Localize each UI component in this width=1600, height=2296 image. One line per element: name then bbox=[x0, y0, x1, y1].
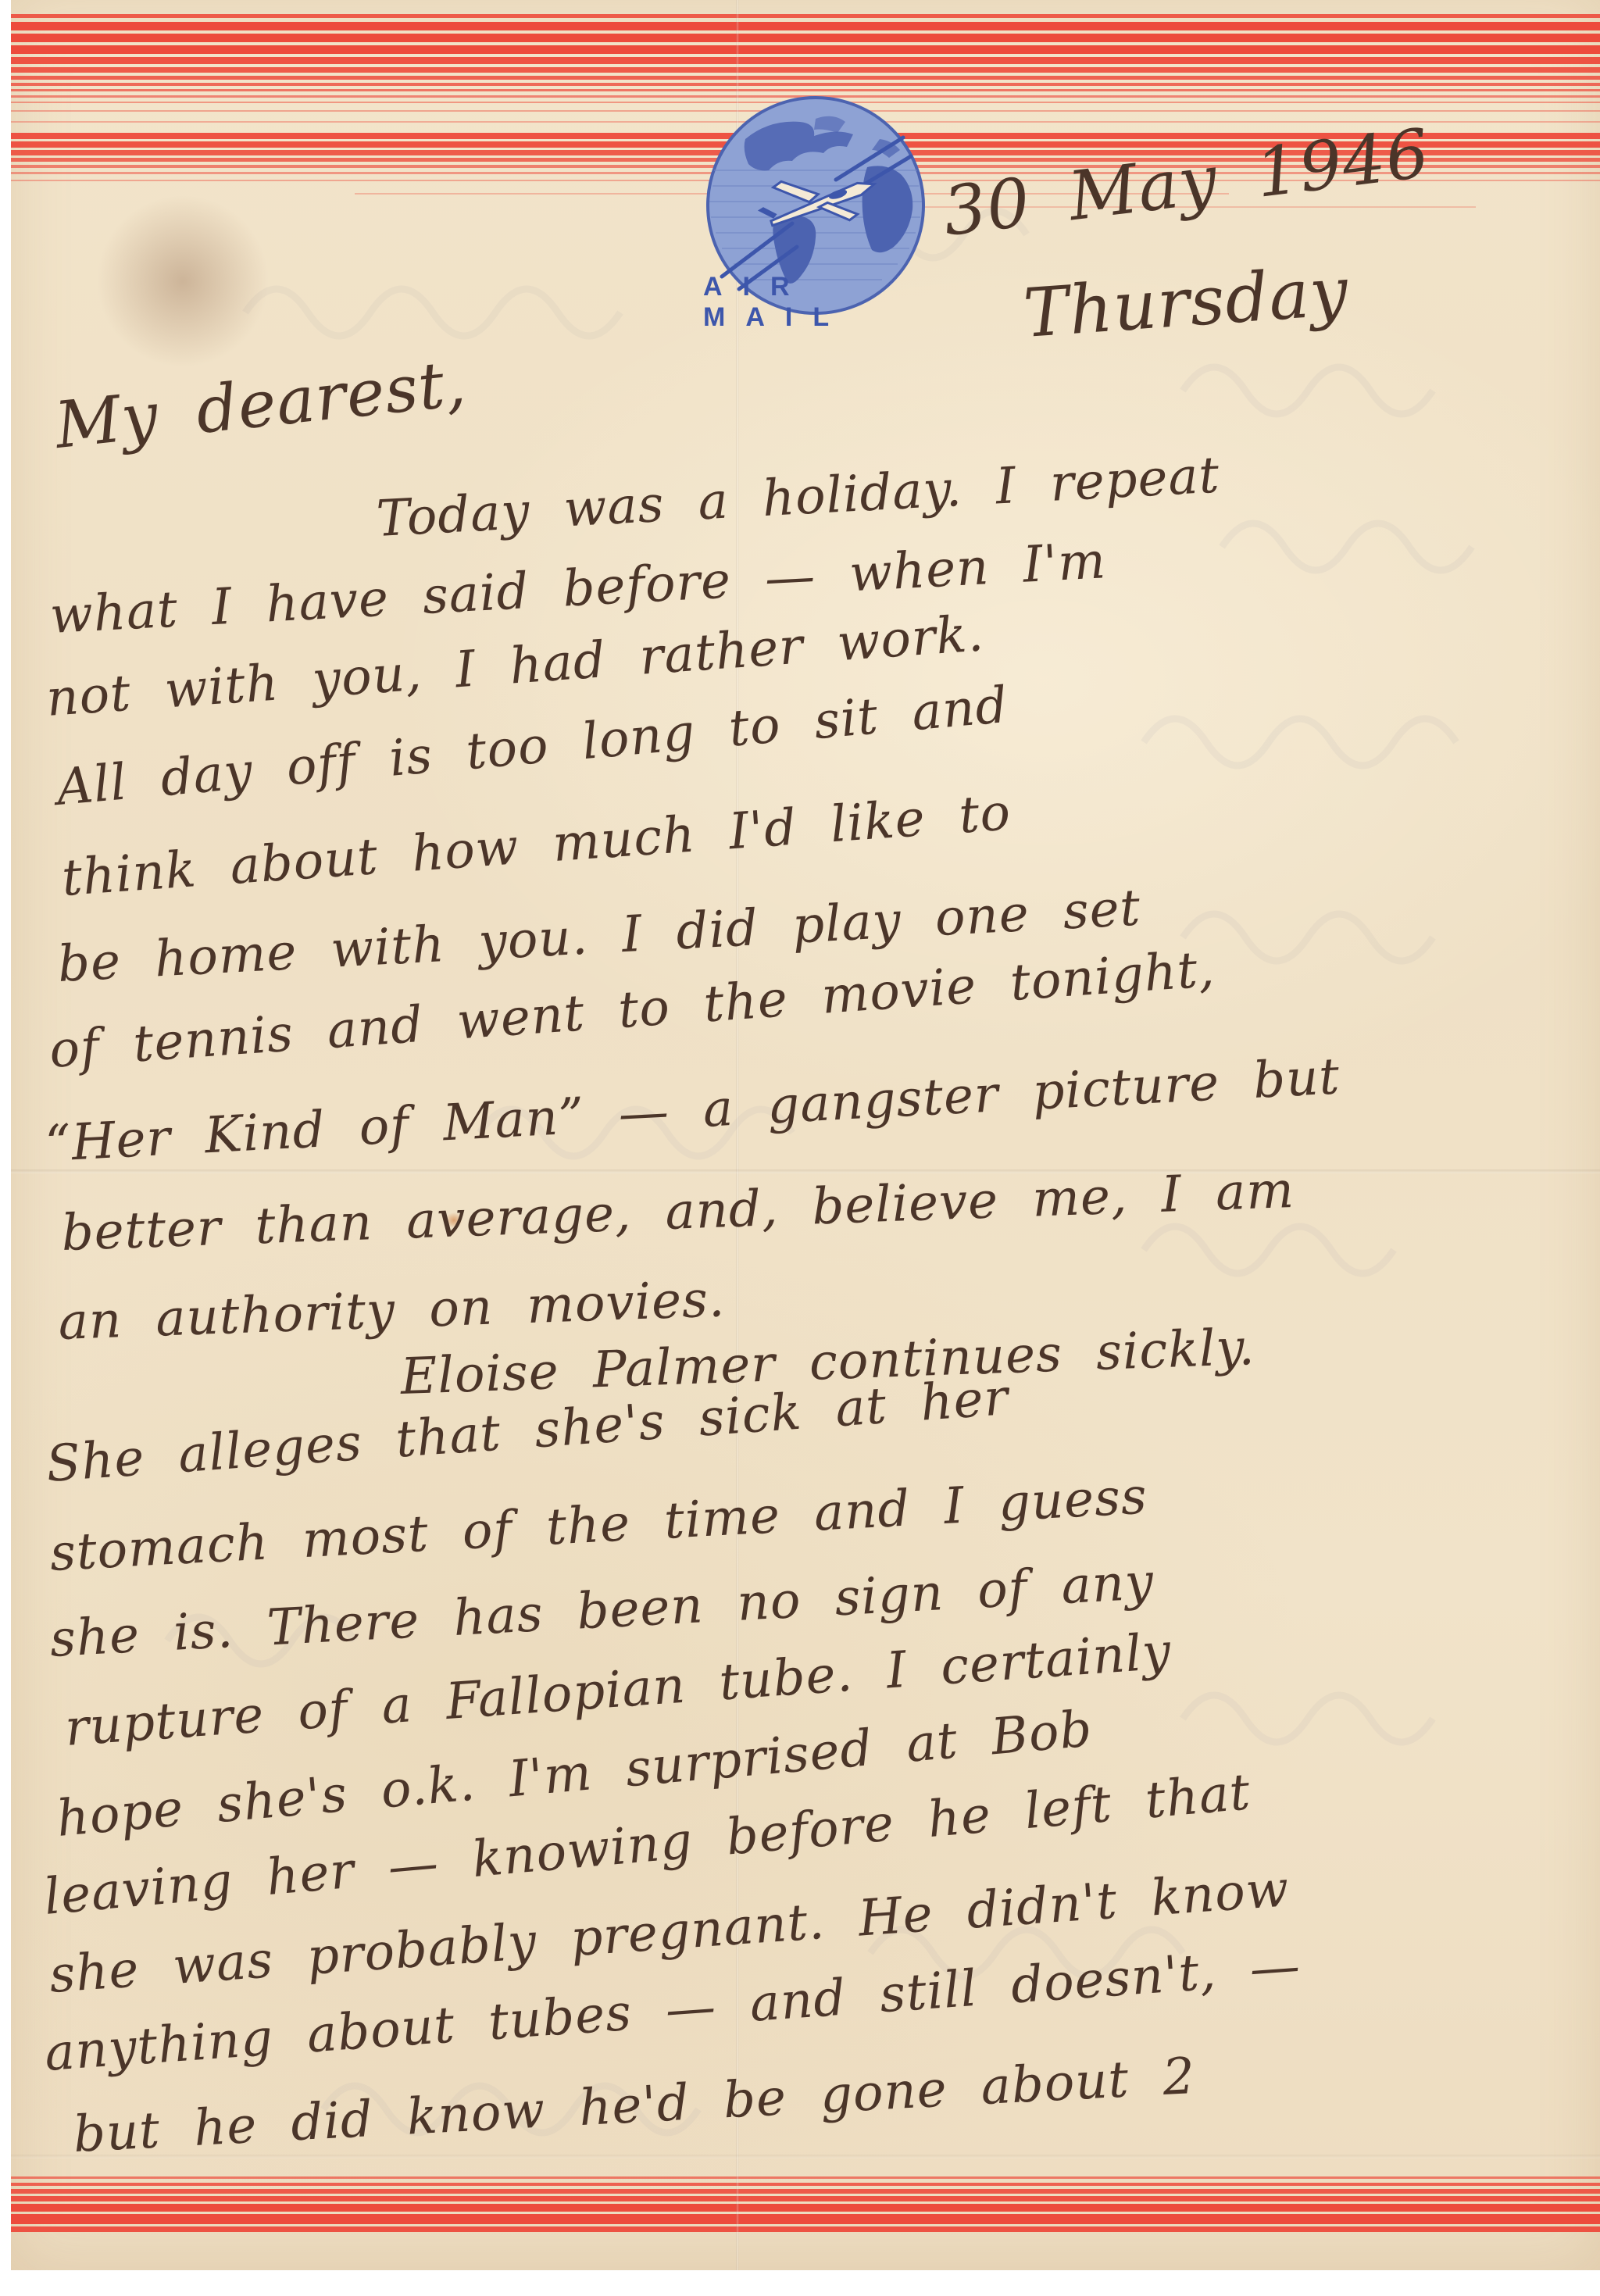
letter-paper: AIR MAIL 30 May 1946 Thursday My dearest… bbox=[11, 0, 1600, 2270]
salutation: My dearest, bbox=[52, 346, 470, 463]
ink-smudge-stain bbox=[97, 195, 269, 367]
horizontal-fold-crease bbox=[11, 1169, 1600, 1173]
body-line: better than average, and, believe me, I … bbox=[60, 1162, 1295, 1262]
airmail-label: AIR MAIL bbox=[703, 272, 945, 333]
horizontal-fold-crease-2 bbox=[11, 2155, 1600, 2159]
body-line: “Her Kind of Man” — a gangster picture b… bbox=[44, 1048, 1341, 1173]
letter-scan-page: { "letterhead": { "airmail_label": "AIR … bbox=[0, 0, 1600, 2296]
body-line: an authority on movies. bbox=[57, 1270, 726, 1352]
handwritten-day: Thursday bbox=[1021, 252, 1351, 353]
